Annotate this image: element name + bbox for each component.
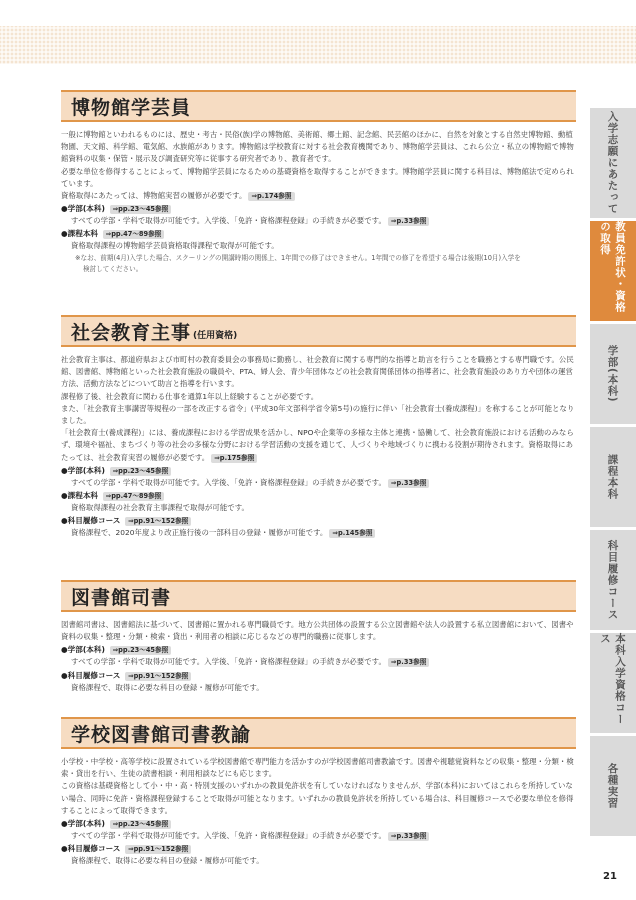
item-label-row: ●学部(本科) ⇒pp.23〜45参照 [61, 643, 576, 656]
decorative-pattern-band [0, 26, 636, 64]
item-label: ●科目履修コース [61, 516, 120, 525]
page-reference-link[interactable]: ⇒p.145参照 [329, 529, 375, 538]
note-continuation: 検討してください。 [61, 264, 576, 275]
section-subtitle: (任用資格) [193, 328, 237, 341]
page-reference-link[interactable]: ⇒pp.91〜152参照 [125, 517, 191, 526]
section-school-librarian-teacher: 学校図書館司書教諭 小学校・中学校・高等学校に設置されている学校図書館で専門能力… [61, 717, 576, 867]
page-reference-link[interactable]: ⇒pp.91〜152参照 [125, 672, 191, 681]
section-title: 社会教育主事 [71, 318, 191, 345]
section-title: 学校図書館司書教諭 [71, 720, 251, 747]
note: ※なお、前期(4月)入学した場合、スクーリングの開講時期の関係上、1年間での修了… [61, 253, 576, 264]
paragraph: 資格取得にあたっては、博物館実習の履修が必要です。⇒p.174参照 [61, 190, 576, 202]
paragraph: 社会教育主事は、都道府県および市町村の教育委員会の事務局に勤務し、社会教育に関す… [61, 354, 576, 391]
item-text: 資格課程で、取得に必要な科目の登録・履修が可能です。 [61, 682, 576, 694]
item-label-row: ●学部(本科) ⇒pp.23〜45参照 [61, 817, 576, 830]
item-label-row: ●科目履修コース ⇒pp.91〜152参照 [61, 514, 576, 527]
page-reference-link[interactable]: ⇒pp.91〜152参照 [125, 845, 191, 854]
page-reference-link[interactable]: ⇒pp.23〜45参照 [110, 467, 172, 476]
tab-label: 本科入学資格コース [598, 633, 628, 733]
item-text: 資格課程で、2020年度より改正施行後の一部科目の登録・履修が可能です。⇒p.1… [61, 527, 576, 539]
tab-label: 各種実習 [606, 763, 621, 809]
item-label-row: ●科目履修コース ⇒pp.91〜152参照 [61, 842, 576, 855]
page-reference-link[interactable]: ⇒pp.47〜89参照 [103, 230, 165, 239]
section-librarian: 図書館司書 図書館司書は、図書館法に基づいて、図書館に置かれる専門職員です。地方… [61, 580, 576, 694]
section-header: 図書館司書 [61, 580, 576, 612]
item-text: すべての学部・学科で取得が可能です。入学後、「免許・資格課程登録」の手続きが必要… [61, 830, 576, 842]
item-text: 資格取得課程の博物館学芸員資格取得課程で取得が可能です。 [61, 240, 576, 252]
item-label: ●学部(本科) [61, 819, 105, 828]
section-header: 社会教育主事 (任用資格) [61, 315, 576, 347]
item-text: 資格課程で、取得に必要な科目の登録・履修が可能です。 [61, 855, 576, 867]
item-label-row: ●学部(本科) ⇒pp.23〜45参照 [61, 464, 576, 477]
section-header: 学校図書館司書教諭 [61, 717, 576, 749]
section-title: 博物館学芸員 [71, 93, 191, 120]
item-text: すべての学部・学科で取得が可能です。入学後、「免許・資格課程登録」の手続きが必要… [61, 477, 576, 489]
tab-admission-guide[interactable]: 入学志願にあたって [590, 108, 636, 218]
tab-credit-course[interactable]: 科目履修コース [590, 530, 636, 630]
paragraph: 課程修了後、社会教育に関わる仕事を通算1年以上経験することが必要です。 [61, 391, 576, 403]
item-label: ●課程本科 [61, 229, 98, 238]
item-description: すべての学部・学科で取得が可能です。入学後、「免許・資格課程登録」の手続きが必要… [71, 657, 386, 666]
page-reference-link[interactable]: ⇒p.33参照 [388, 479, 429, 488]
item-description: すべての学部・学科で取得が可能です。入学後、「免許・資格課程登録」の手続きが必要… [71, 216, 386, 225]
section-header: 博物館学芸員 [61, 90, 576, 122]
item-text: 資格取得課程の社会教育主事課程で取得が可能です。 [61, 502, 576, 514]
item-label: ●科目履修コース [61, 671, 120, 680]
tab-entrance-qualification-course[interactable]: 本科入学資格コース [590, 633, 636, 733]
paragraph: 一般に博物館といわれるものには、歴史・考古・民俗(族)学の博物館、美術館、郷土館… [61, 129, 576, 166]
paragraph-text: 「社会教育士(養成課程)」には、養成課程における学習成果を活かし、NPOや企業等… [61, 428, 574, 461]
page-reference-link[interactable]: ⇒p.33参照 [388, 658, 429, 667]
item-description: 資格課程で、2020年度より改正施行後の一部科目の登録・履修が可能です。 [71, 528, 327, 537]
item-label: ●学部(本科) [61, 466, 105, 475]
item-label: ●学部(本科) [61, 204, 105, 213]
item-label-row: ●学部(本科) ⇒pp.23〜45参照 [61, 202, 576, 215]
paragraph-text: 資格取得にあたっては、博物館実習の履修が必要です。 [61, 191, 246, 200]
item-label-row: ●課程本科 ⇒pp.47〜89参照 [61, 489, 576, 502]
tab-undergraduate[interactable]: 学部(本科) [590, 324, 636, 424]
tab-label: 課程本科 [606, 454, 621, 500]
page-reference-link[interactable]: ⇒pp.23〜45参照 [110, 205, 172, 214]
item-label: ●課程本科 [61, 491, 98, 500]
paragraph: 小学校・中学校・高等学校に設置されている学校図書館で専門能力を活かすのが学校図書… [61, 756, 576, 780]
tab-label: 学部(本科) [606, 345, 621, 403]
section-social-education-officer: 社会教育主事 (任用資格) 社会教育主事は、都道府県および市町村の教育委員会の事… [61, 315, 576, 539]
item-label: ●科目履修コース [61, 844, 120, 853]
item-description: すべての学部・学科で取得が可能です。入学後、「免許・資格課程登録」の手続きが必要… [71, 478, 386, 487]
item-text: すべての学部・学科で取得が可能です。入学後、「免許・資格課程登録」の手続きが必要… [61, 656, 576, 668]
item-label-row: ●課程本科 ⇒pp.47〜89参照 [61, 227, 576, 240]
section-museum-curator: 博物館学芸員 一般に博物館といわれるものには、歴史・考古・民俗(族)学の博物館、… [61, 90, 576, 275]
item-text: すべての学部・学科で取得が可能です。入学後、「免許・資格課程登録」の手続きが必要… [61, 215, 576, 227]
paragraph: 図書館司書は、図書館法に基づいて、図書館に置かれる専門職員です。地方公共団体の設… [61, 619, 576, 643]
page-reference-link[interactable]: ⇒p.175参照 [211, 454, 257, 463]
tab-practicums[interactable]: 各種実習 [590, 736, 636, 836]
page-reference-link[interactable]: ⇒pp.47〜89参照 [103, 492, 165, 501]
paragraph: この資格は基礎資格として小・中・高・特別支援のいずれかの教員免許状を有していなけ… [61, 780, 576, 817]
page-reference-link[interactable]: ⇒p.33参照 [388, 832, 429, 841]
tab-course-main[interactable]: 課程本科 [590, 427, 636, 527]
page-reference-link[interactable]: ⇒p.174参照 [248, 192, 294, 201]
tab-label: 入学志願にあたって [606, 111, 621, 215]
section-title: 図書館司書 [71, 583, 171, 610]
paragraph: また、「社会教育主事講習等規程の一部を改正する省令」(平成30年文部科学省令第5… [61, 403, 576, 427]
page-reference-link[interactable]: ⇒p.33参照 [388, 217, 429, 226]
item-description: すべての学部・学科で取得が可能です。入学後、「免許・資格課程登録」の手続きが必要… [71, 831, 386, 840]
paragraph: 必要な単位を修得することによって、博物館学芸員になるための基礎資格を取得すること… [61, 166, 576, 190]
page-reference-link[interactable]: ⇒pp.23〜45参照 [110, 820, 172, 829]
paragraph: 「社会教育士(養成課程)」には、養成課程における学習成果を活かし、NPOや企業等… [61, 427, 576, 464]
item-label: ●学部(本科) [61, 645, 105, 654]
tab-label: 教員免許状・資格の取得 [598, 221, 628, 321]
item-label-row: ●科目履修コース ⇒pp.91〜152参照 [61, 669, 576, 682]
page-reference-link[interactable]: ⇒pp.23〜45参照 [110, 646, 172, 655]
page-number: 21 [603, 871, 617, 882]
tab-label: 科目履修コース [606, 540, 621, 621]
tab-licenses-qualifications[interactable]: 教員免許状・資格の取得 [590, 221, 636, 321]
